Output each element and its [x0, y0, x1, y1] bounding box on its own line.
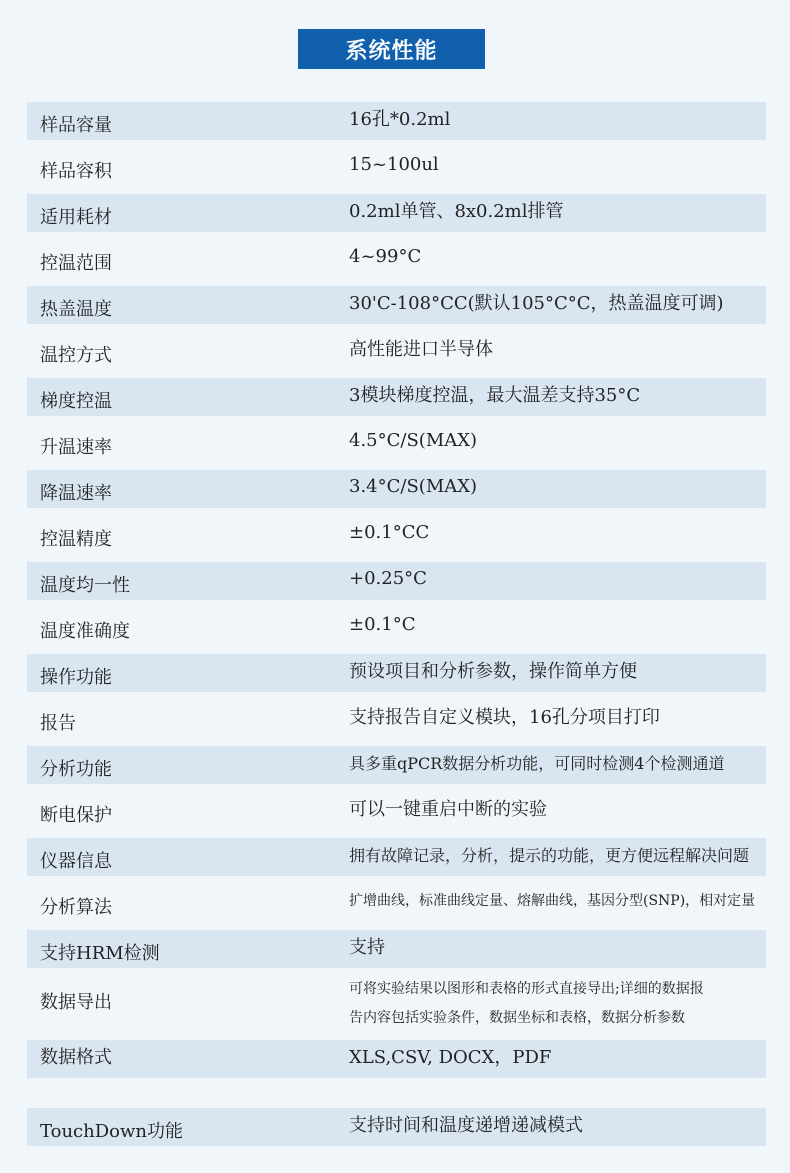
spec-label: 控温精度	[40, 516, 112, 554]
spec-row-lid-temp: 热盖温度 30'C-108°CC(默认105°C°C，热盖温度可调)	[27, 286, 766, 324]
spec-value: 预设项目和分析参数，操作简单方便	[349, 654, 637, 692]
spec-value: 支持时间和温度递增递减模式	[349, 1108, 583, 1146]
spec-label: 温度均一性	[40, 562, 130, 600]
spec-row-sample-capacity: 样品容量 16孔*0.2ml	[27, 102, 766, 140]
spec-row-gradient: 梯度控温 3模块梯度控温，最大温差支持35°C	[27, 378, 766, 416]
spec-label: 温控方式	[40, 332, 112, 370]
spec-row-report: 报告 支持报告自定义模块，16孔分项目打印	[27, 700, 766, 738]
spec-value: XLS,CSV, DOCX，PDF	[349, 1040, 551, 1078]
spec-label: 分析算法	[40, 884, 112, 922]
spec-label: 梯度控温	[40, 378, 112, 416]
spec-row-cooling-rate: 降温速率 3.4°C/S(MAX)	[27, 470, 766, 508]
spec-value: 可以一键重启中断的实验	[349, 792, 547, 830]
spec-value-line: 可将实验结果以图形和表格的形式直接导出;详细的数据报	[349, 975, 704, 1004]
spec-label: 样品容积	[40, 148, 112, 186]
spec-label: 控温范围	[40, 240, 112, 278]
spec-label: 温度准确度	[40, 608, 130, 646]
spec-row-sample-volume: 样品容积 15~100ul	[27, 148, 766, 186]
spec-value: ±0.1°CC	[349, 516, 429, 554]
spec-value: 扩增曲线，标准曲线定量、熔解曲线，基因分型(SNP)，相对定量	[349, 884, 755, 922]
spec-row-heating-rate: 升温速率 4.5°C/S(MAX)	[27, 424, 766, 462]
spec-label: 降温速率	[40, 470, 112, 508]
spec-value: 支持报告自定义模块，16孔分项目打印	[349, 700, 660, 738]
spec-value: 可将实验结果以图形和表格的形式直接导出;详细的数据报 告内容包括实验条件，数据坐…	[349, 968, 704, 1040]
spec-value: 高性能进口半导体	[349, 332, 493, 370]
spec-value: 3模块梯度控温，最大温差支持35°C	[349, 378, 640, 416]
spec-row-hrm-support: 支持HRM检测 支持	[27, 930, 766, 968]
spec-row-temp-precision: 控温精度 ±0.1°CC	[27, 516, 766, 554]
spec-value: 支持	[349, 930, 385, 968]
spec-row-analysis-function: 分析功能 具多重qPCR数据分析功能，可同时检测4个检测通道	[27, 746, 766, 784]
spec-label: 操作功能	[40, 654, 112, 692]
spec-value: 4.5°C/S(MAX)	[349, 424, 477, 462]
spec-row-instrument-info: 仪器信息 拥有故障记录，分析，提示的功能，更方便远程解决问题	[27, 838, 766, 876]
spec-label: 分析功能	[40, 746, 112, 784]
spec-row-consumables: 适用耗材 0.2ml单管、8x0.2ml排管	[27, 194, 766, 232]
spec-value: 30'C-108°CC(默认105°C°C，热盖温度可调)	[349, 286, 724, 324]
spec-value: 15~100ul	[349, 148, 439, 186]
spec-row-operation: 操作功能 预设项目和分析参数，操作简单方便	[27, 654, 766, 692]
spec-value: 16孔*0.2ml	[349, 102, 450, 140]
spec-label: 数据导出	[40, 968, 112, 1040]
spec-row-analysis-algorithm: 分析算法 扩增曲线，标准曲线定量、熔解曲线，基因分型(SNP)，相对定量	[27, 884, 766, 922]
spec-label: 适用耗材	[40, 194, 112, 232]
spec-label: 仪器信息	[40, 838, 112, 876]
spec-label: 报告	[40, 700, 76, 738]
spec-label: 热盖温度	[40, 286, 112, 324]
spec-value: 3.4°C/S(MAX)	[349, 470, 477, 508]
spec-value: 具多重qPCR数据分析功能，可同时检测4个检测通道	[349, 746, 724, 784]
section-title-banner: 系统性能	[298, 29, 485, 69]
spec-row-touchdown: TouchDown功能 支持时间和温度递增递减模式	[27, 1108, 766, 1146]
spec-label: TouchDown功能	[40, 1108, 183, 1146]
spec-value: 拥有故障记录，分析，提示的功能，更方便远程解决问题	[349, 838, 749, 876]
spec-row-power-failure-protection: 断电保护 可以一键重启中断的实验	[27, 792, 766, 830]
spec-value: +0.25°C	[349, 562, 427, 600]
spec-row-data-export: 数据导出 可将实验结果以图形和表格的形式直接导出;详细的数据报 告内容包括实验条…	[27, 968, 766, 1040]
spec-label: 升温速率	[40, 424, 112, 462]
spec-label: 数据格式	[40, 1040, 112, 1078]
spec-row-temp-uniformity: 温度均一性 +0.25°C	[27, 562, 766, 600]
spec-label: 支持HRM检测	[40, 930, 160, 968]
spec-value: 0.2ml单管、8x0.2ml排管	[349, 194, 564, 232]
spec-value-line: 告内容包括实验条件，数据坐标和表格，数据分析参数	[349, 1004, 685, 1033]
spec-label: 断电保护	[40, 792, 112, 830]
spec-row-temp-range: 控温范围 4~99°C	[27, 240, 766, 278]
section-title: 系统性能	[345, 34, 437, 65]
spec-label: 样品容量	[40, 102, 112, 140]
spec-value: ±0.1°C	[349, 608, 415, 646]
spec-row-temp-accuracy: 温度准确度 ±0.1°C	[27, 608, 766, 646]
spec-row-temp-control-method: 温控方式 高性能进口半导体	[27, 332, 766, 370]
spec-row-data-format: 数据格式 XLS,CSV, DOCX，PDF	[27, 1040, 766, 1078]
spec-value: 4~99°C	[349, 240, 421, 278]
